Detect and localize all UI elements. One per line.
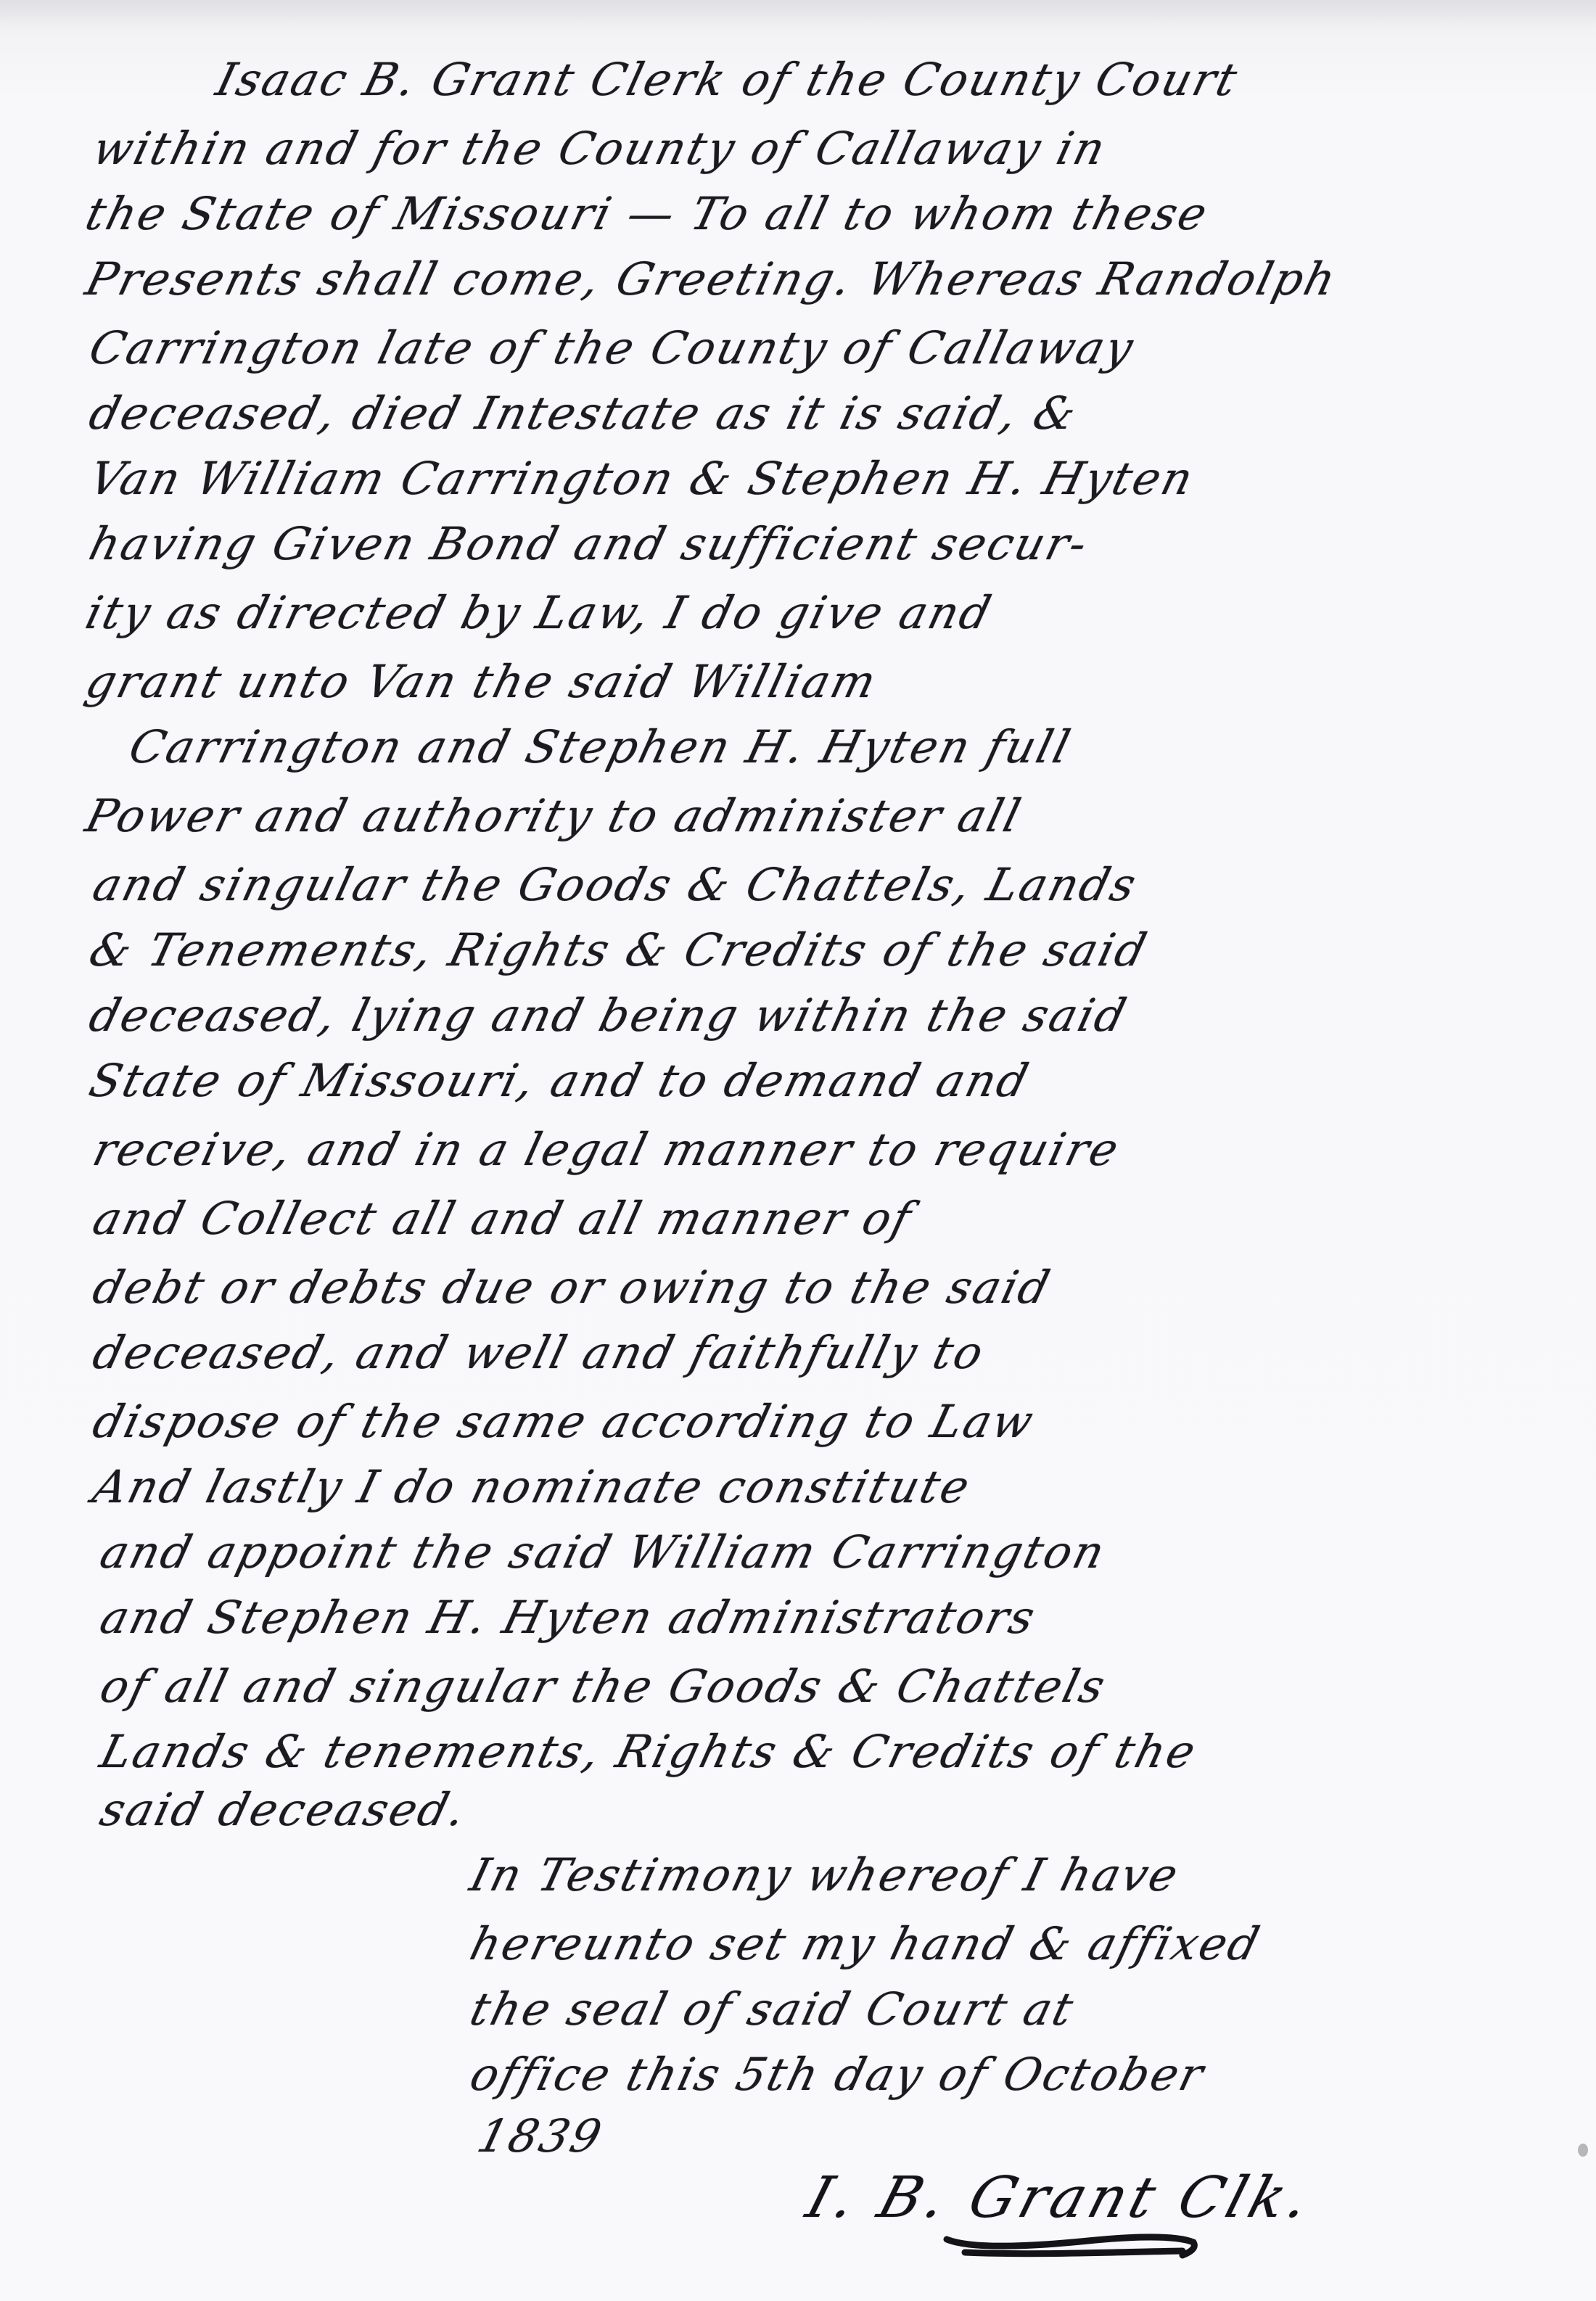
text-line: and singular the Goods & Chattels, Lands bbox=[87, 856, 1144, 914]
text-line: ity as directed by Law, I do give and bbox=[80, 584, 999, 642]
text-line: debt or debts due or owing to the said bbox=[87, 1259, 1058, 1317]
text-line: Presents shall come, Greeting. Whereas R… bbox=[80, 250, 1344, 308]
text-line: & Tenements, Rights & Credits of the sai… bbox=[83, 921, 1154, 979]
text-line: Lands & tenements, Rights & Credits of t… bbox=[94, 1723, 1204, 1781]
testimony-line: hereunto set my hand & affixed bbox=[464, 1915, 1267, 1973]
text-line: Isaac B. Grant Clerk of the County Court bbox=[210, 51, 1245, 109]
scan-edge-mark bbox=[1578, 2144, 1588, 2157]
text-line: and Stephen H. Hyten administrators bbox=[94, 1589, 1042, 1647]
date-year: 1839 bbox=[472, 2107, 609, 2165]
text-line: of all and singular the Goods & Chattels bbox=[94, 1658, 1113, 1716]
text-line: said deceased. bbox=[94, 1781, 474, 1839]
text-line: dispose of the same according to Law bbox=[87, 1393, 1041, 1451]
text-line: And lastly I do nominate constitute bbox=[87, 1458, 977, 1516]
text-line: deceased, lying and being within the sai… bbox=[83, 987, 1134, 1045]
text-line: Carrington late of the County of Callawa… bbox=[83, 319, 1141, 377]
testimony-line: office this 5th day of October bbox=[464, 2046, 1212, 2104]
text-line: having Given Bond and sufficient secur- bbox=[83, 515, 1095, 573]
clerk-signature: I. B. Grant Clk. bbox=[799, 2165, 1320, 2231]
document-page: Isaac B. Grant Clerk of the County Court… bbox=[0, 0, 1596, 2301]
text-line: the State of Missouri — To all to whom t… bbox=[80, 185, 1215, 243]
text-line: deceased, and well and faithfully to bbox=[87, 1324, 991, 1382]
text-line: within and for the County of Callaway in bbox=[87, 120, 1113, 178]
signature-flourish-icon bbox=[943, 2231, 1204, 2260]
text-line: Carrington and Stephen H. Hyten full bbox=[123, 718, 1078, 776]
text-line: Van William Carrington & Stephen H. Hyte… bbox=[83, 450, 1201, 508]
text-line: and Collect all and all manner of bbox=[87, 1190, 919, 1248]
testimony-line: In Testimony whereof I have bbox=[464, 1846, 1185, 1904]
text-line: Power and authority to administer all bbox=[80, 787, 1028, 845]
scan-top-shadow bbox=[0, 0, 1596, 29]
text-line: State of Missouri, and to demand and bbox=[83, 1052, 1036, 1110]
text-line: and appoint the said William Carrington bbox=[94, 1523, 1112, 1581]
text-line: receive, and in a legal manner to requir… bbox=[87, 1121, 1127, 1179]
text-line: deceased, died Intestate as it is said, … bbox=[83, 384, 1084, 442]
testimony-line: the seal of said Court at bbox=[464, 1980, 1081, 2038]
text-line: grant unto Van the said William bbox=[80, 653, 884, 711]
